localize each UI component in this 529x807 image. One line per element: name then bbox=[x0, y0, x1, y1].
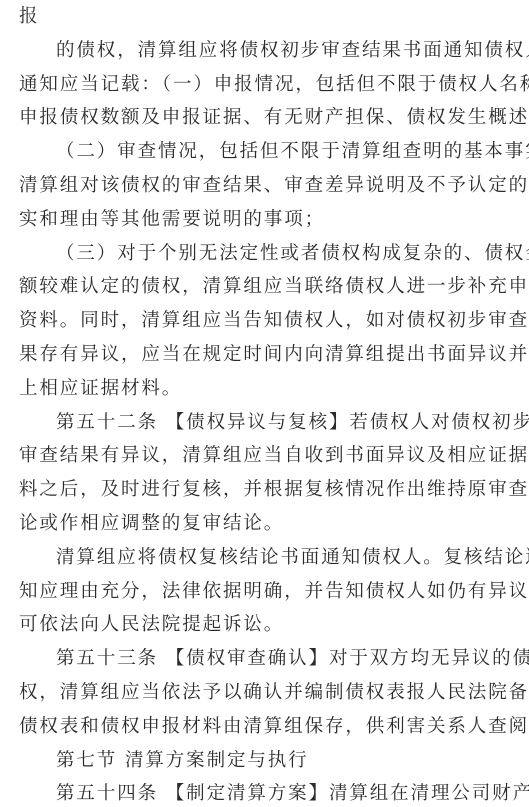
text-line: 上相应证据材料。 bbox=[19, 372, 519, 406]
article-53-heading-line: 第五十三条 【债权审查确认】对于双方均无异议的债 bbox=[19, 642, 519, 676]
text-line: 可依法向人民法院提起诉讼。 bbox=[19, 608, 519, 642]
text-line: 论或作相应调整的复审结论。 bbox=[19, 507, 519, 541]
text-line: 债权表和债权申报材料由清算组保存，供利害关系人查阅。 bbox=[19, 710, 519, 744]
document-page: 报 的债权，清算组应将债权初步审查结果书面通知债权人。 通知应当记载：（一）申报… bbox=[19, 0, 519, 807]
text-line: 权，清算组应当依法予以确认并编制债权表报人民法院备案。 bbox=[19, 676, 519, 710]
paragraph-line-creditor-notice: 的债权，清算组应将债权初步审查结果书面通知债权人。 bbox=[19, 34, 519, 68]
text-line: 实和理由等其他需要说明的事项； bbox=[19, 203, 519, 237]
text-line: 额较难认定的债权，清算组应当联络债权人进一步补充申报 bbox=[19, 270, 519, 304]
paragraph-line-review-notice: 清算组应将债权复核结论书面通知债权人。复核结论通 bbox=[19, 541, 519, 575]
article-52-heading-line: 第五十二条 【债权异议与复核】若债权人对债权初步 bbox=[19, 406, 519, 440]
text-line: 申报债权数额及申报证据、有无财产担保、债权发生概述； bbox=[19, 101, 519, 135]
text-line: 清算组对该债权的审查结果、审查差异说明及不予认定的事 bbox=[19, 169, 519, 203]
paragraph-line-item-3: （三）对于个别无法定性或者债权构成复杂的、债权金 bbox=[19, 237, 519, 271]
paragraph-line-item-2: （二）审查情况，包括但不限于清算组查明的基本事实、 bbox=[19, 135, 519, 169]
text-line: 审查结果有异议，清算组应当自收到书面异议及相应证据材 bbox=[19, 439, 519, 473]
text-line: 通知应当记载：（一）申报情况，包括但不限于债权人名称、 bbox=[19, 68, 519, 102]
text-line: 报 bbox=[19, 0, 519, 34]
text-line: 料之后，及时进行复核，并根据复核情况作出维持原审查结 bbox=[19, 473, 519, 507]
text-line: 资料。同时，清算组应当告知债权人，如对债权初步审查结 bbox=[19, 304, 519, 338]
text-line: 果存有异议，应当在规定时间内向清算组提出书面异议并附 bbox=[19, 338, 519, 372]
section-7-heading: 第七节 清算方案制定与执行 bbox=[19, 744, 519, 778]
article-54-heading-line: 第五十四条 【制定清算方案】清算组在清理公司财产、 bbox=[19, 777, 519, 807]
text-line: 知应理由充分，法律依据明确，并告知债权人如仍有异议， bbox=[19, 575, 519, 609]
